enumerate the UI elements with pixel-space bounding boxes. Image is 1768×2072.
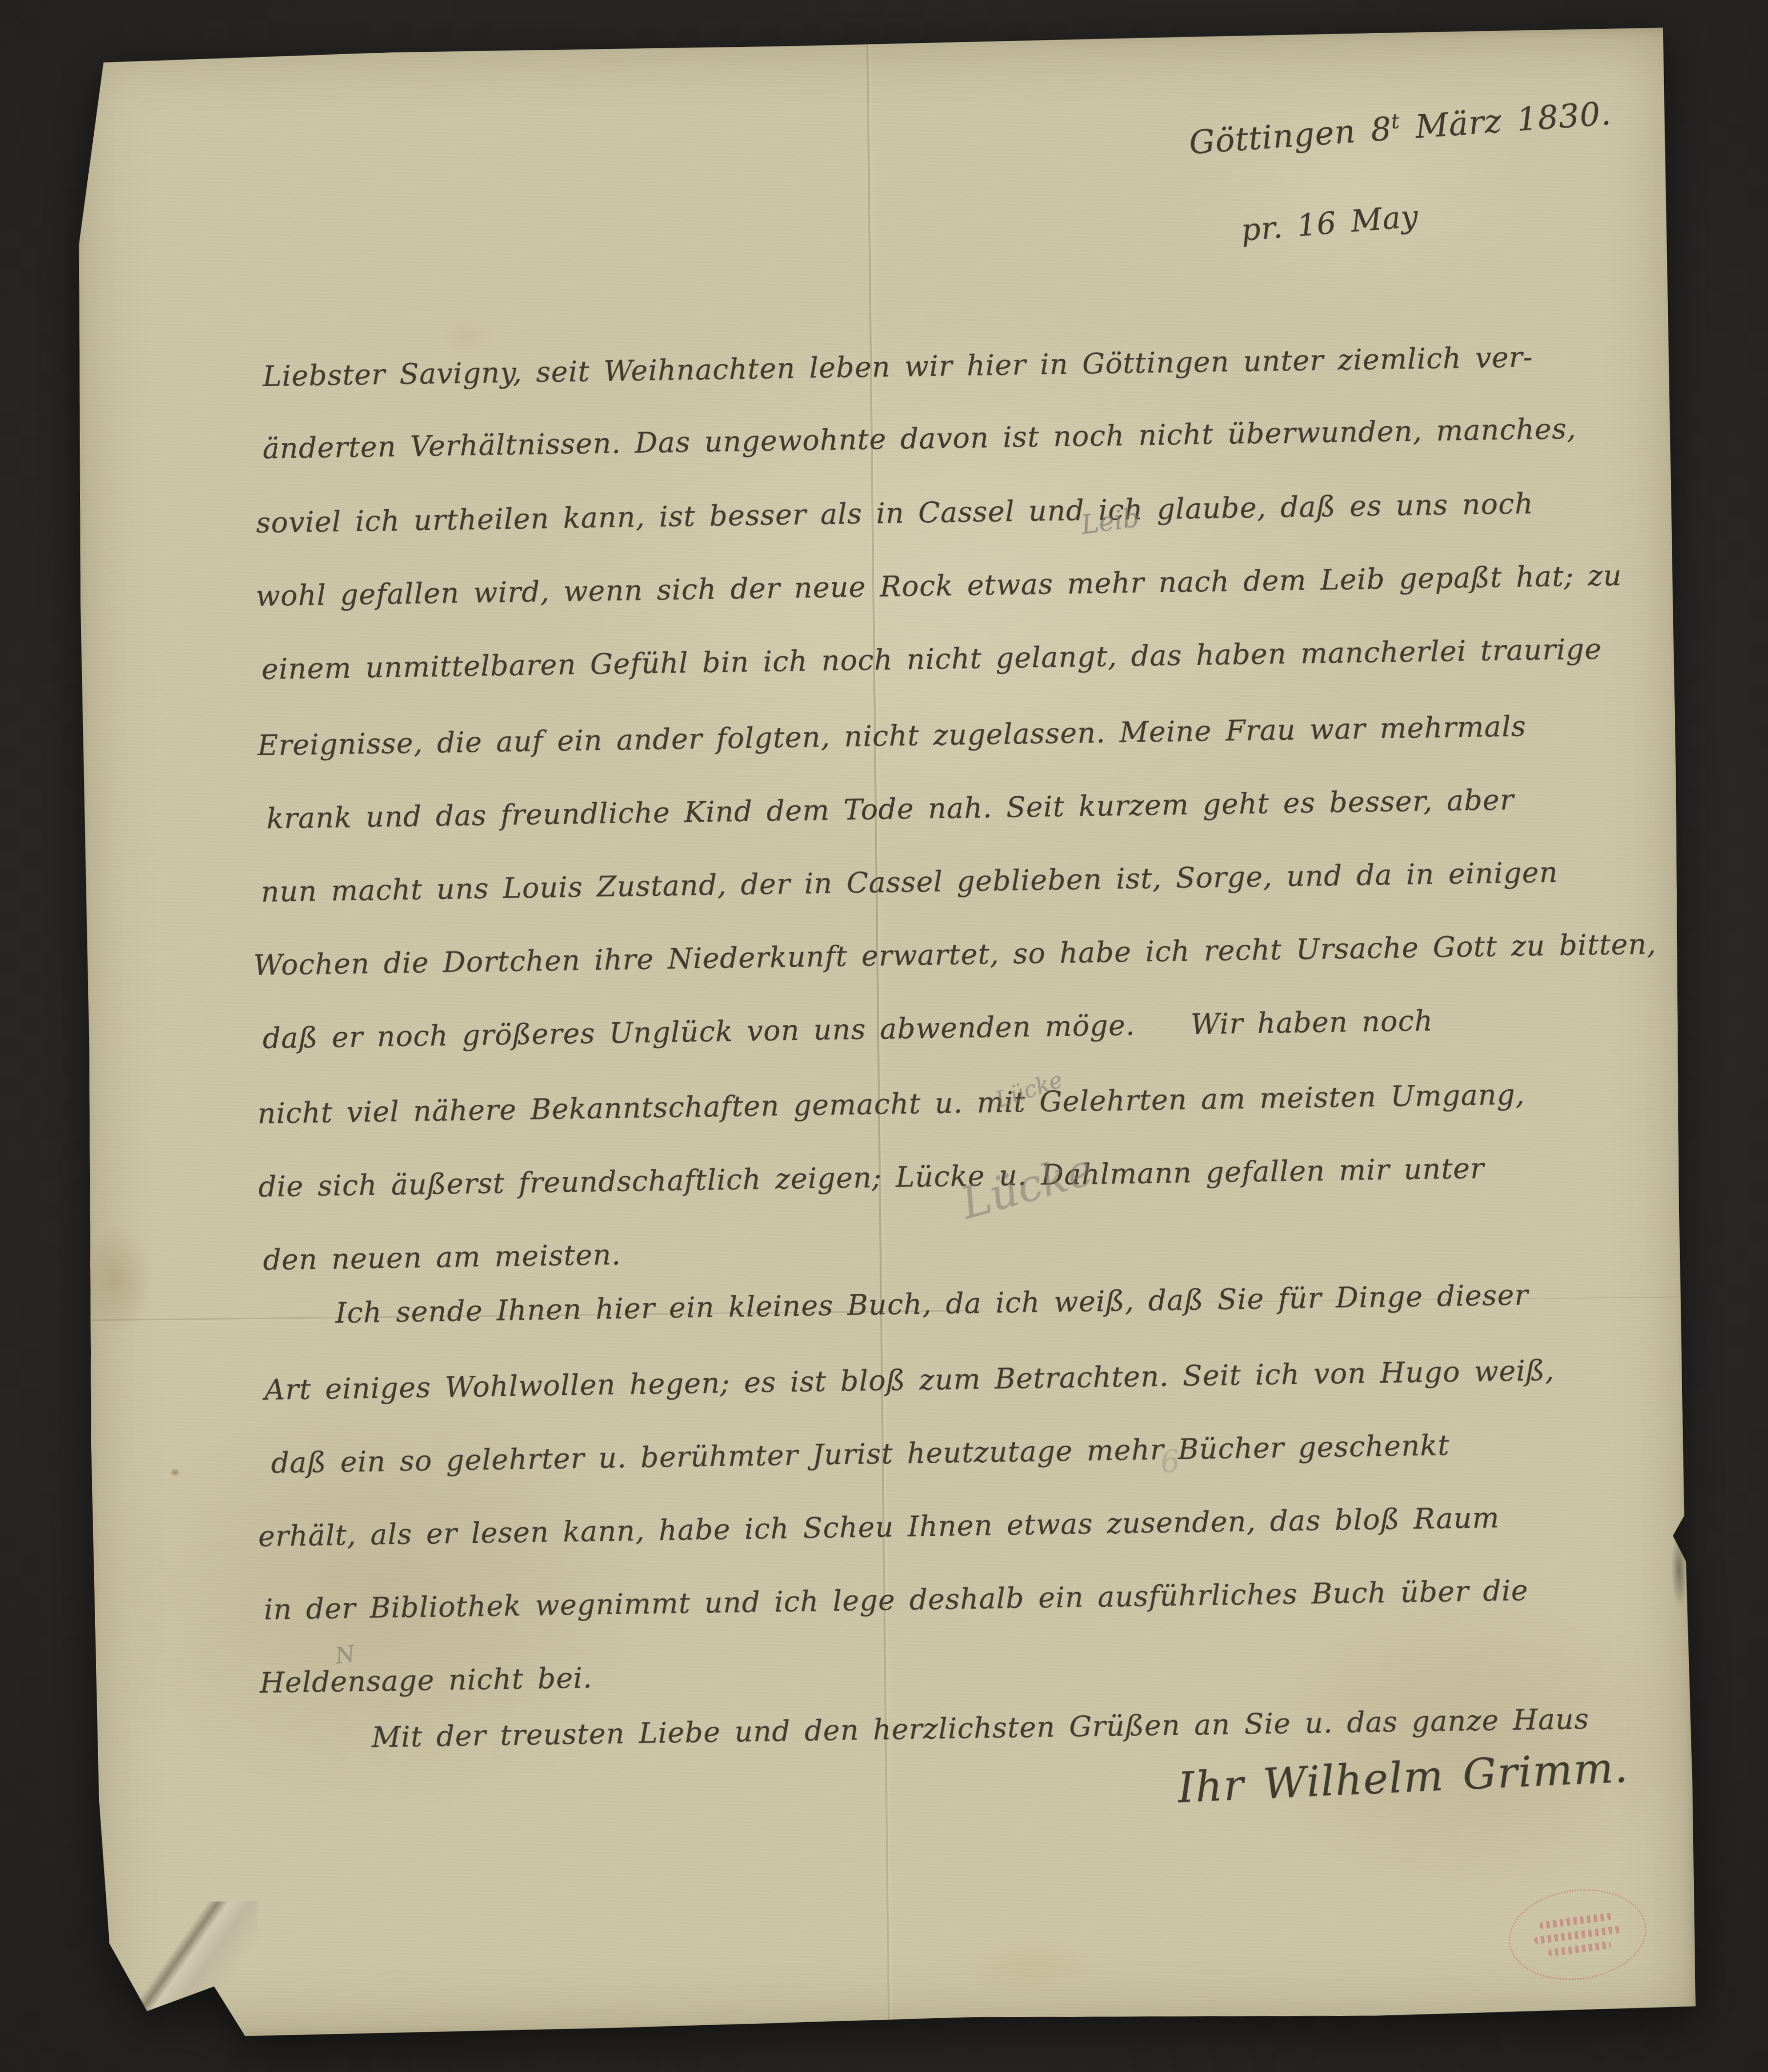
letter-line: änderten Verhältnissen. Das ungewohnte d… — [262, 414, 1577, 465]
letter-line: in der Bibliothek wegnimmt und ich lege … — [264, 1575, 1528, 1625]
photo-background: Göttingen 8t März 1830. pr. 16 May Liebs… — [0, 0, 1768, 2072]
letter-line: krank und das freundliche Kind dem Tode … — [267, 785, 1514, 835]
pencil-underline — [71, 43, 114, 51]
library-stamp — [1503, 1881, 1652, 1989]
letter-line: Ereignisse, die auf ein ander folgten, n… — [257, 711, 1526, 761]
pencil-caret: N — [333, 1642, 356, 1667]
letter-line: wohl gefallen wird, wenn sich der neue R… — [256, 560, 1623, 612]
letter-line: nicht viel nähere Bekanntschaften gemach… — [257, 1079, 1525, 1129]
letter-body: Liebster Savigny, seit Weihnachten leben… — [71, 27, 1674, 45]
letter-line: einem unmittelbaren Gefühl bin ich noch … — [261, 634, 1602, 685]
stamp-text-row — [1539, 1912, 1613, 1929]
letter-sheet-wrap: Göttingen 8t März 1830. pr. 16 May Liebs… — [71, 27, 1696, 2039]
dateline-month-year: März 1830. — [1399, 95, 1612, 147]
pencil-annotation-leib: Leib — [1080, 504, 1141, 538]
letter-line: Ich sende Ihnen hier ein kleines Buch, d… — [335, 1280, 1529, 1329]
letter-line: soviel ich urtheilen kann, ist besser al… — [256, 488, 1534, 539]
letter-line: die sich äußerst freundschaftlich zeigen… — [258, 1153, 1485, 1203]
letter-line: Art einiges Wohlwollen hegen; es ist blo… — [264, 1355, 1555, 1406]
letter-line: Wochen die Dortchen ihre Niederkunft erw… — [253, 929, 1657, 981]
letter-line: Mit der treusten Liebe und den herzlichs… — [371, 1704, 1589, 1754]
signature: Ihr Wilhelm Grimm. — [1177, 1744, 1629, 1811]
letter-sheet: Göttingen 8t März 1830. pr. 16 May Liebs… — [71, 27, 1696, 2039]
letter-line: Heldensage nicht bei. — [260, 1663, 593, 1699]
dateline: Göttingen 8t März 1830. — [1188, 95, 1612, 161]
paper-stain — [169, 1467, 182, 1478]
letter-line: daß er noch größeres Unglück von uns abw… — [262, 1005, 1433, 1054]
paper-stain — [946, 1928, 1123, 2003]
letter-line: nun macht uns Louis Zustand, der in Cass… — [261, 857, 1558, 908]
stamp-text-row — [1547, 1941, 1611, 1956]
pencil-mark: 6 — [1159, 1446, 1181, 1478]
paper-stain — [426, 313, 504, 358]
received-note: pr. 16 May — [1240, 200, 1419, 247]
letter-line: den neuen am meisten. — [263, 1240, 621, 1276]
torn-corner-fold — [91, 1901, 259, 2040]
edge-tear — [1669, 1524, 1689, 1616]
letter-line: erhält, als er lesen kann, habe ich Sche… — [258, 1502, 1500, 1552]
dateline-place-day: Göttingen 8 — [1188, 110, 1393, 162]
letter-line: daß ein so gelehrter u. berühmter Jurist… — [271, 1430, 1450, 1479]
paper-stain — [69, 1206, 164, 1353]
